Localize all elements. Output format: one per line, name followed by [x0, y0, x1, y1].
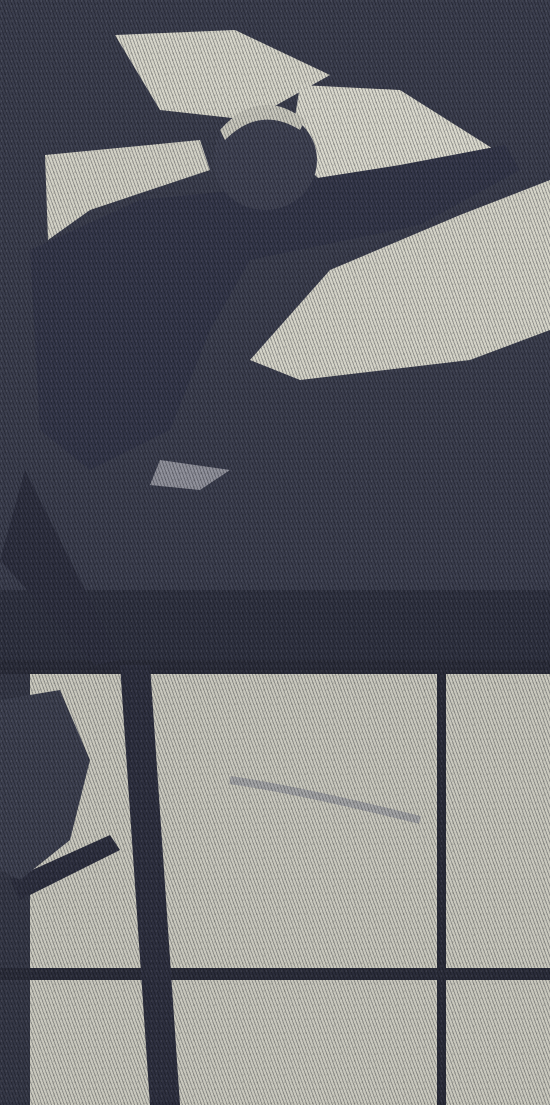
window-mullion: [437, 665, 446, 1105]
window-frame-middle: [0, 968, 550, 980]
window-frame-top: [0, 660, 550, 674]
mural-scene: [0, 0, 550, 1105]
halftone-photograph: [0, 0, 550, 1105]
window-area: [0, 665, 550, 1105]
